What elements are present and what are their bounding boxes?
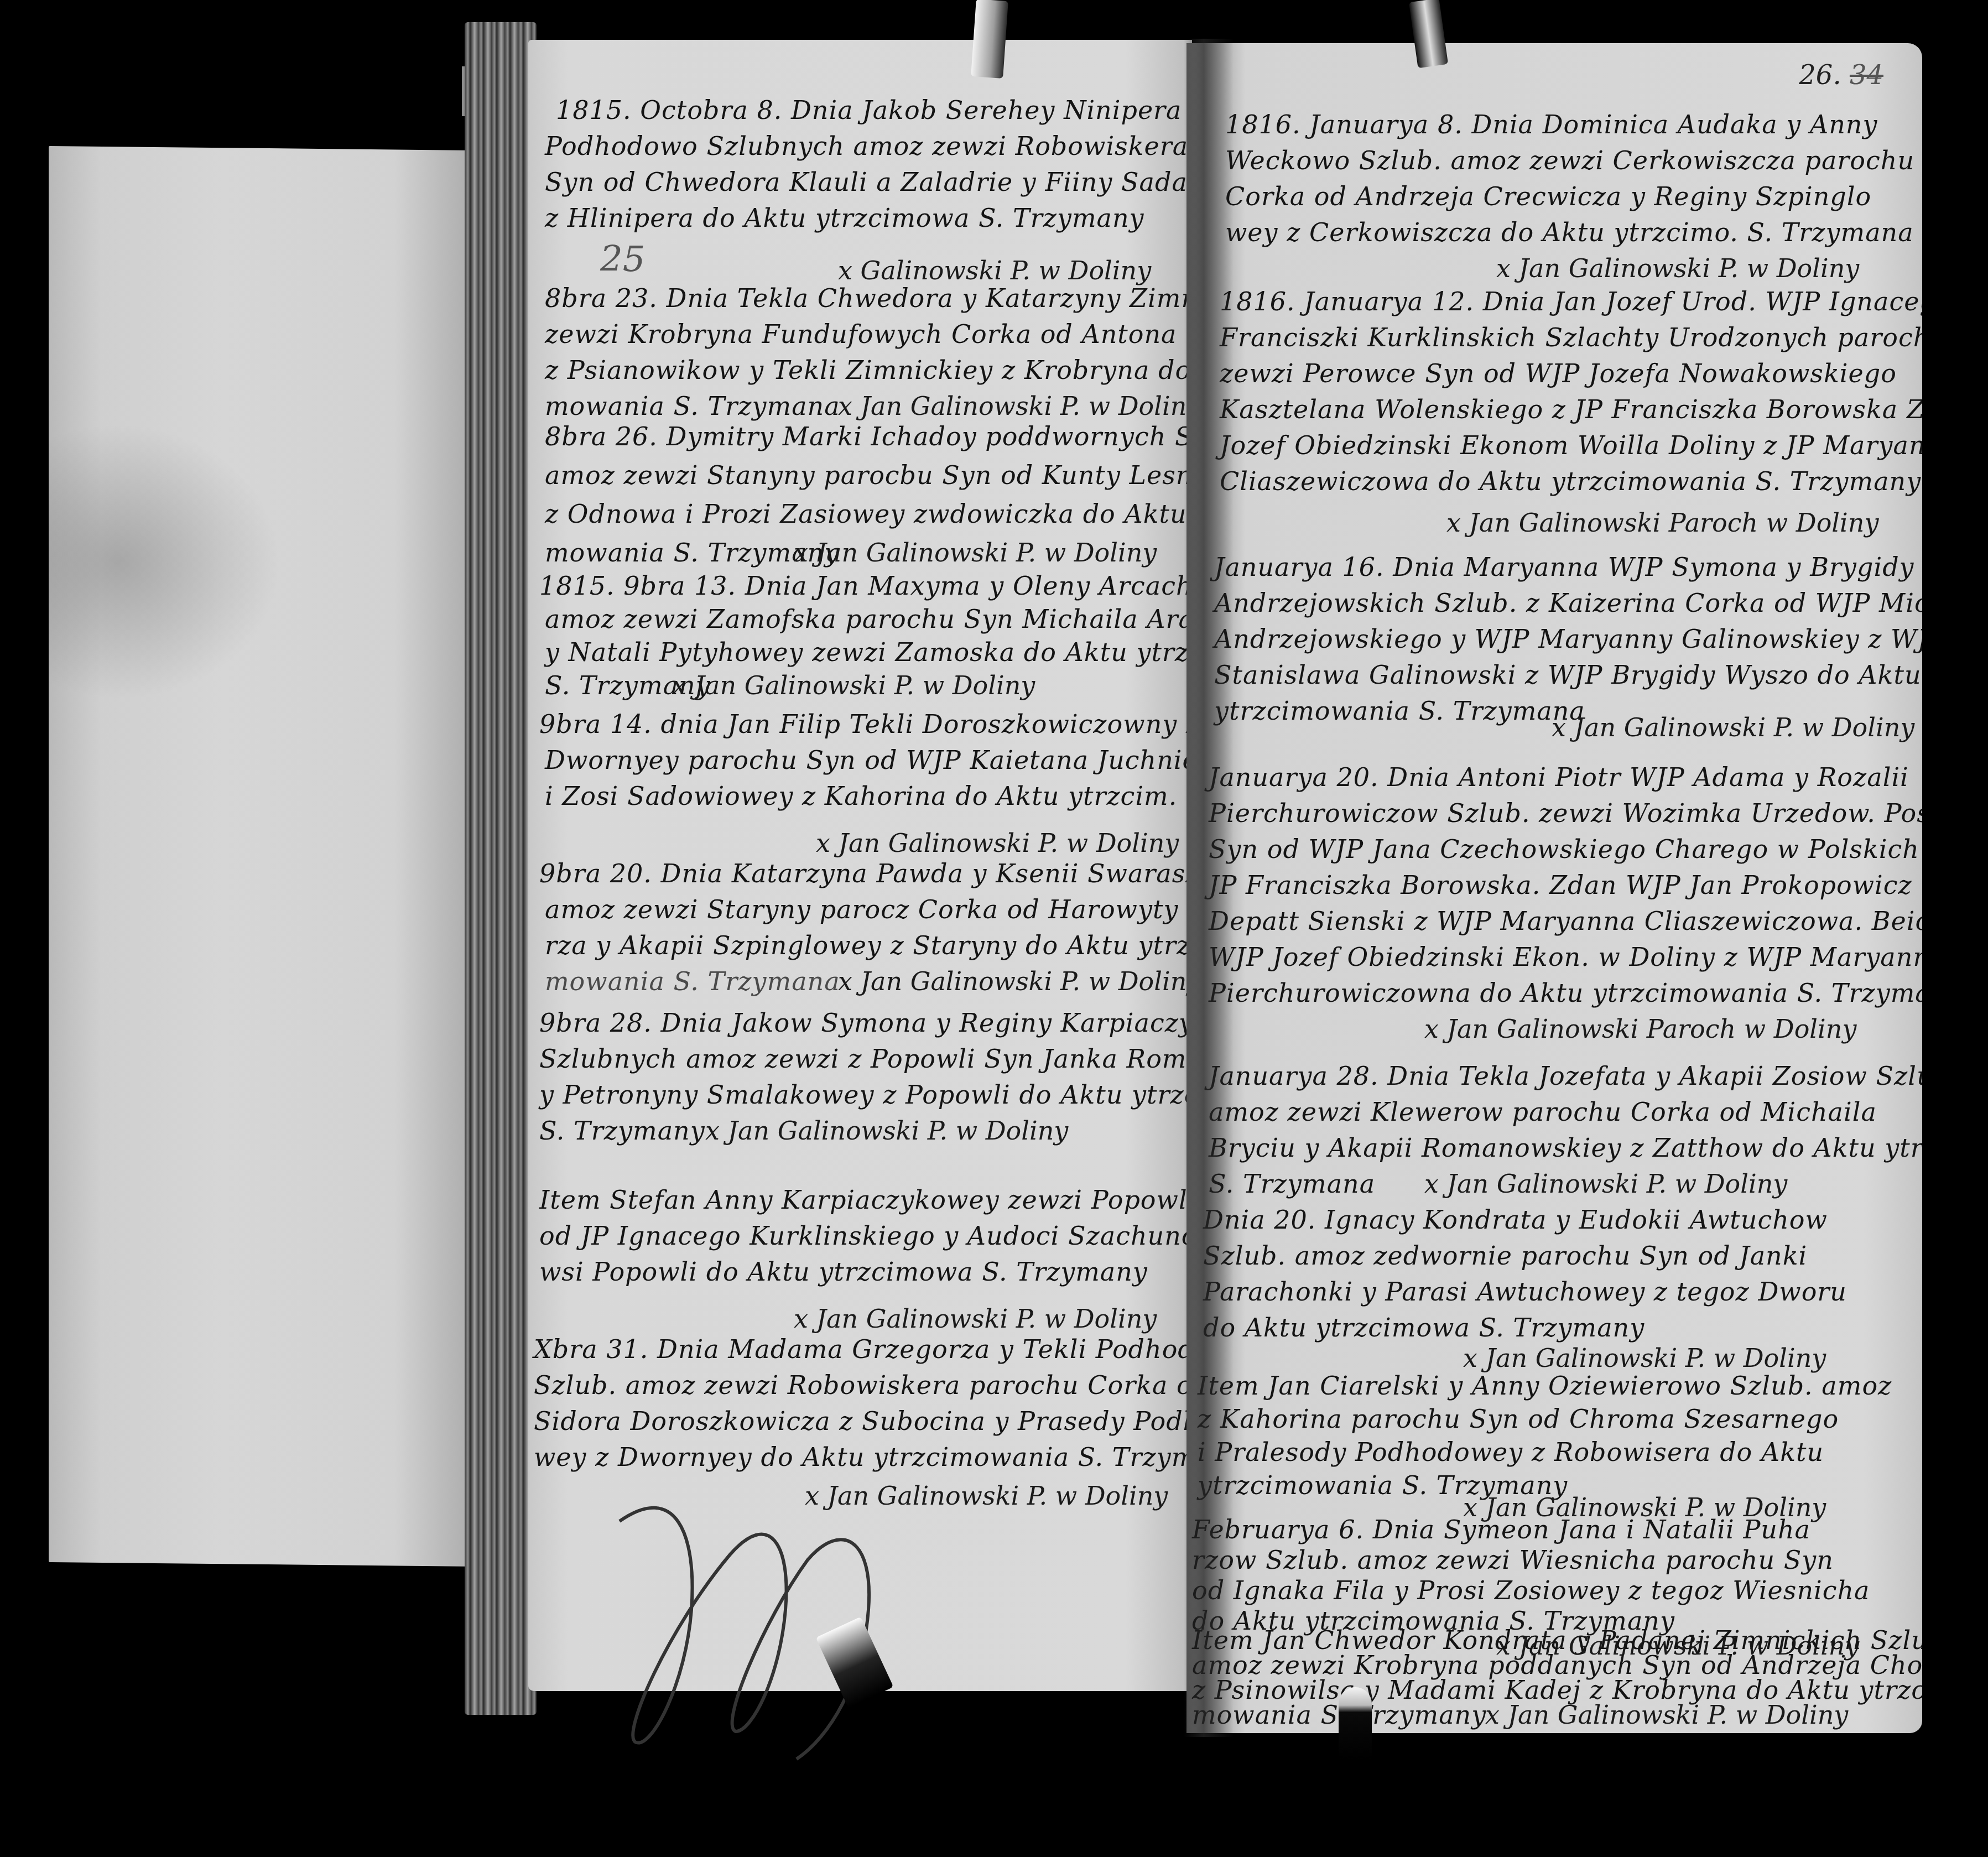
entry-line: 8bra 26. Dymitry Marki Ichadoy poddworny…	[545, 422, 1192, 451]
priest-signature: x Jan Galinowski P. w Doliny	[672, 670, 1035, 700]
entry-line: Depatt Sienski z WJP Maryanna Cliaszewic…	[1209, 906, 1922, 936]
priest-signature: x Jan Galinowski P. w Dolinij	[838, 391, 1192, 421]
entry-line: 9bra 14. dnia Jan Filip Tekli Doroszkowi…	[539, 709, 1192, 739]
entry-line: Xbra 31. Dnia Madama Grzegorza y Tekli P…	[534, 1334, 1192, 1364]
entry-line: Bryciu y Akapii Romanowskiey z Zatthow d…	[1209, 1133, 1922, 1163]
entry-line: Pierchurowiczowna do Aktu ytrzcimowania …	[1209, 978, 1922, 1008]
priest-signature: x Jan Galinowski P. w Doliny	[1552, 712, 1914, 742]
entry-line: mowania S. Trzymana	[545, 966, 840, 996]
entry-line: rza y Akapii Szpinglowey z Staryny do Ak…	[545, 930, 1192, 960]
entry-line: wsi Popowli do Aktu ytrzcimowa S. Trzyma…	[539, 1257, 1148, 1287]
priest-signature: x Jan Galinowski Paroch w Doliny	[1446, 508, 1878, 538]
entry-line: Januarya 28. Dnia Tekla Jozefata y Akapi…	[1209, 1061, 1922, 1091]
entry-line: Weckowo Szlub. amoz zewzi Cerkowiszcza p…	[1225, 145, 1914, 175]
entry-line: JP Franciszka Borowska. Zdan WJP Jan Pro…	[1209, 870, 1912, 900]
entry-line: Februarya 6. Dnia Symeon Jana i Natalii …	[1192, 1515, 1810, 1544]
entry-line: Podhodowo Szlubnych amoz zewzi Robowiske…	[545, 131, 1192, 161]
entry-line: od JP Ignacego Kurklinskiego y Audoci Sz…	[539, 1221, 1192, 1251]
page-clip-icon	[971, 0, 1008, 79]
priest-signature: x Jan Galinowski P. w Doliny	[1424, 1169, 1787, 1199]
pen-flourish-icon	[586, 1499, 1029, 1809]
page-number: 26. 34	[1799, 60, 1883, 91]
entry-line: wey z Cerkowiszcza do Aktu ytrzcimo. S. …	[1225, 217, 1914, 247]
entry-line: Sidora Doroszkowicza z Subocina y Prased…	[534, 1406, 1192, 1436]
entry-line: Pierchurowiczow Szlub. zewzi Wozimka Urz…	[1209, 798, 1922, 828]
entry-line: Andrzejowskich Szlub. z Kaizerina Corka …	[1214, 588, 1922, 618]
entry-line: Kasztelana Wolenskiego z JP Franciszka B…	[1220, 394, 1922, 424]
entry-line: Stanislawa Galinowski z WJP Brygidy Wysz…	[1214, 660, 1922, 690]
gutter-shadow	[1184, 39, 1234, 1737]
entry-line: mowania S. Trzymana	[545, 391, 840, 421]
entry-line: 1815. Octobra 8. Dnia Jakob Serehey Nini…	[556, 95, 1192, 125]
left-register-page: 25 1815. Octobra 8. Dnia Jakob Serehey N…	[528, 40, 1192, 1691]
priest-signature: x Jan Galinowski P. w Doliny	[794, 1304, 1157, 1334]
priest-signature: x Jan Galinowski P. w Doliny	[1496, 253, 1859, 283]
entry-line: Item Jan Ciarelski y Anny Oziewierowo Sz…	[1198, 1371, 1892, 1401]
priest-signature: x Galinowski P. w Doliny	[838, 256, 1151, 285]
entry-line: Syn od WJP Jana Czechowskiego Charego w …	[1209, 834, 1922, 864]
entry-line: y Petronyny Smalakowey z Popowli do Aktu…	[539, 1080, 1192, 1110]
entry-line: 1816. Januarya 12. Dnia Jan Jozef Urod. …	[1220, 287, 1922, 316]
folio-number: 26	[1799, 60, 1833, 91]
entry-line: do Aktu ytrzcimowa S. Trzymany	[1203, 1313, 1644, 1343]
blank-flyleaf	[49, 146, 481, 1567]
entry-line: z Odnowa i Prozi Zasiowey zwdowiczka do …	[545, 499, 1192, 529]
entry-line: wey z Dwornyey do Aktu ytrzcimowania S. …	[534, 1442, 1192, 1472]
entry-line: Corka od Andrzeja Crecwicza y Reginy Szp…	[1225, 181, 1871, 211]
priest-signature: x Jan Galinowski P. w Doliny	[1485, 1700, 1848, 1730]
entry-line: Item Stefan Anny Karpiaczykowey zewzi Po…	[539, 1185, 1192, 1215]
entry-line: i Pralesody Podhodowey z Robowisera do A…	[1198, 1437, 1824, 1467]
priest-signature: x Jan Galinowski P. w Doliny	[1463, 1343, 1826, 1373]
entry-line: Szlubnych amoz zewzi z Popowli Syn Janka…	[539, 1044, 1192, 1074]
entry-line: y Natali Pytyhowey zewzi Zamoska do Aktu…	[545, 637, 1192, 667]
entry-line: Dnia 20. Ignacy Kondrata y Eudokii Awtuc…	[1203, 1205, 1828, 1235]
book-spine-page-edges	[465, 22, 537, 1715]
entry-line: z Psianowikow y Tekli Zimnickiey z Krobr…	[545, 355, 1192, 385]
entry-line: amoz zewzi Stanyny parocbu Syn od Kunty …	[545, 460, 1192, 490]
priest-signature: x Jan Galinowski P. w Doliny	[794, 538, 1157, 568]
right-register-page: 26. 34 1816. Januarya 8. Dnia Dominica A…	[1186, 43, 1922, 1733]
entry-line: Parachonki y Parasi Awtuchowey z tegoz D…	[1203, 1277, 1847, 1307]
priest-signature: x Jan Galinowski P. w Doliny	[705, 1116, 1068, 1146]
priest-signature: x Jan Galinowski P. w Doliny	[816, 828, 1179, 858]
entry-line: 1815. 9bra 13. Dnia Jan Maxyma y Oleny A…	[539, 571, 1192, 601]
entry-line: od Ignaka Fila y Prosi Zosiowey z tegoz …	[1192, 1575, 1870, 1605]
struck-folio-number: 34	[1850, 60, 1883, 91]
entry-line: Jozef Obiedzinski Ekonom Woilla Doliny z…	[1220, 430, 1922, 460]
priest-signature: x Jan Galinowski Paroch w Doliny	[1424, 1014, 1856, 1044]
entry-line: S. Trzymany	[539, 1116, 705, 1146]
margin-note: 25	[600, 239, 645, 280]
entry-line: 8bra 23. Dnia Tekla Chwedora y Katarzyny…	[545, 283, 1192, 313]
entry-line: ytrzcimowania S. Trzymana	[1214, 696, 1585, 726]
entry-line: zewzi Krobryna Fundufowych Corka od Anto…	[545, 319, 1192, 349]
entry-line: Syn od Chwedora Klauli a Zaladrie y Fiin…	[545, 167, 1192, 197]
entry-line: z Kahorina parochu Syn od Chroma Szesarn…	[1198, 1404, 1839, 1434]
entry-line: Januarya 20. Dnia Antoni Piotr WJP Adama…	[1209, 762, 1909, 792]
entry-line: Cliaszewiczowa do Aktu ytrzcimowania S. …	[1220, 466, 1921, 496]
entry-line: 9bra 20. Dnia Katarzyna Pawda y Ksenii S…	[539, 859, 1192, 888]
entry-line: S. Trzymana	[1209, 1169, 1375, 1199]
entry-line: 9bra 28. Dnia Jakow Symona y Reginy Karp…	[539, 1008, 1192, 1038]
entry-line: Andrzejowskiego y WJP Maryanny Galinowsk…	[1214, 624, 1922, 654]
page-clip-icon	[1339, 1687, 1372, 1759]
paper-stain	[49, 423, 281, 701]
entry-line: Szlub. amoz zedwornie parochu Syn od Jan…	[1203, 1241, 1807, 1271]
entry-line: amoz zewzi Staryny parocz Corka od Harow…	[545, 894, 1192, 924]
entry-line: amoz zewzi Zamofska parochu Syn Michaila…	[545, 604, 1192, 634]
entry-line: rzow Szlub. amoz zewzi Wiesnicha parochu…	[1192, 1545, 1834, 1575]
entry-line: zewzi Perowce Syn od WJP Jozefa Nowakows…	[1220, 358, 1897, 388]
entry-line: Januarya 16. Dnia Maryanna WJP Symona y …	[1214, 552, 1914, 582]
entry-line: amoz zewzi Klewerow parochu Corka od Mic…	[1209, 1097, 1877, 1127]
entry-line: 1816. Januarya 8. Dnia Dominica Audaka y…	[1225, 110, 1877, 139]
priest-signature: x Jan Galinowski P. w Doliny	[838, 966, 1192, 996]
entry-line: WJP Jozef Obiedzinski Ekon. w Doliny z W…	[1209, 942, 1922, 972]
entry-line: Szlub. amoz zewzi Robowiskera parochu Co…	[534, 1370, 1192, 1400]
entry-line: Franciszki Kurklinskich Szlachty Urodzon…	[1220, 322, 1922, 352]
entry-line: z Hlinipera do Aktu ytrzcimowa S. Trzyma…	[545, 203, 1144, 233]
entry-line: i Zosi Sadowiowey z Kahorina do Aktu ytr…	[545, 781, 1192, 811]
entry-line: Dwornyey parochu Syn od WJP Kaietana Juc…	[545, 745, 1192, 775]
